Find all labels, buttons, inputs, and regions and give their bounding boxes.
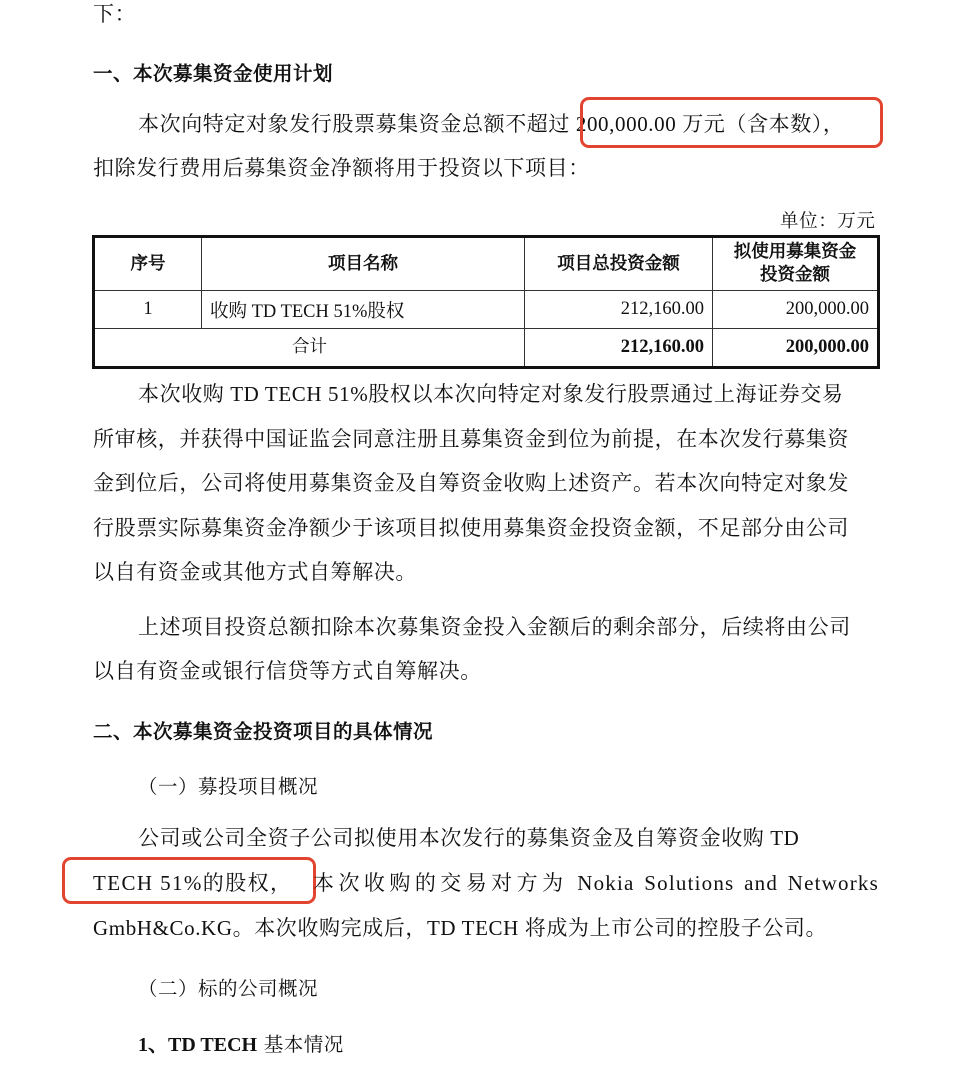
header-no: 序号 [94,237,202,291]
cell-no: 1 [94,291,202,329]
para2-line3: 金到位后，公司将使用募集资金及自筹资金收购上述资产。若本次向特定对象发 [93,473,849,494]
sub1-line3: GmbH&Co.KG。本次收购完成后，TD TECH 将成为上市公司的控股子公司… [93,918,827,939]
para2-line2: 所审核，并获得中国证监会同意注册且募集资金到位为前提，在本次发行募集资 [93,429,849,450]
para2-line1: 本次收购 TD TECH 51%股权以本次向特定对象发行股票通过上海证券交易 [138,384,843,405]
para1-line2: 扣除发行费用后募集资金净额将用于投资以下项目： [93,158,590,179]
total-label: 合计 [94,329,525,368]
sub1-line1: 公司或公司全资子公司拟使用本次发行的募集资金及自筹资金收购 TD [93,828,880,849]
para3-line2: 以自有资金或银行信贷等方式自筹解决。 [93,661,482,682]
highlight-box-stake [62,857,316,904]
section2-heading: 二、本次募集资金投资项目的具体情况 [93,716,433,744]
total-amount: 212,160.00 [525,329,713,368]
unit-label: 单位：万元 [780,212,876,233]
para2-line4: 行股票实际募集资金净额少于该项目拟使用募集资金投资金额，不足部分由公司 [93,518,849,539]
header-raised: 拟使用募集资金 投资金额 [713,237,879,291]
cell-raised: 200,000.00 [713,291,879,329]
sub1-line2-rest: 本次收购的交易对方为 Nokia Solutions and Networks [313,873,879,894]
section1-heading: 一、本次募集资金使用计划 [93,58,333,86]
intro-fragment: 下： [93,4,136,25]
sub2-item1-heading: 1、TD TECH 基本情况 [138,1028,344,1057]
cell-name: 收购 TD TECH 51%股权 [202,291,525,329]
header-total: 项目总投资金额 [525,237,713,291]
fund-usage-table: 序号 项目名称 项目总投资金额 拟使用募集资金 投资金额 1 收购 TD TEC… [92,235,880,369]
table-row: 1 收购 TD TECH 51%股权 212,160.00 200,000.00 [94,291,879,329]
para2-line5: 以自有资金或其他方式自筹解决。 [93,562,417,583]
sub1-heading: （一）募投项目概况 [138,771,318,799]
table-header-row: 序号 项目名称 项目总投资金额 拟使用募集资金 投资金额 [94,237,879,291]
highlight-box-amount [580,97,883,148]
table-total-row: 合计 212,160.00 200,000.00 [94,329,879,368]
para3-line1: 上述项目投资总额扣除本次募集资金投入金额后的剩余部分，后续将由公司 [138,617,851,638]
header-name: 项目名称 [202,237,525,291]
sub2-heading: （二）标的公司概况 [138,973,318,1001]
cell-total: 212,160.00 [525,291,713,329]
total-raised: 200,000.00 [713,329,879,368]
